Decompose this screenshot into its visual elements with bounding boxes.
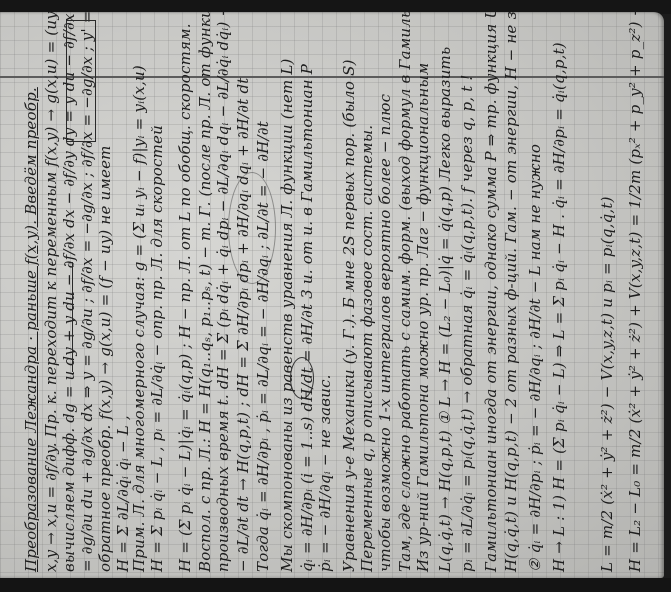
- notebook-page: Преобразование Лежандра · раньше f(x,y).…: [0, 12, 664, 578]
- line-18: Переменные q, p описывают фазовое сост. …: [360, 125, 375, 572]
- line-15: q̇ᵢ = ∂H/∂pᵢ (i = 1..s) dH/dt = ∂H/∂t 3 …: [300, 64, 315, 572]
- line-6: H = Σ ∂L/∂q̇ᵢ q̇ᵢ − L ,: [116, 415, 131, 572]
- line-21: Из ур-ний Гамильтона можно ур. пр. Лаг −…: [416, 63, 431, 572]
- line-25: H(q,q̇,t) и H(q,p,t) − 2 от разных ф-ций…: [504, 12, 519, 572]
- line-19: чтобы возможно 1-х интегралов вероятно б…: [378, 94, 393, 572]
- line-5: обратное преобр. f(x,y) → g(x,u) = (f − …: [98, 145, 113, 572]
- line-28: L = m/2 (ẋ² + ẏ² + ż²) − V(x,y,z,t) и pᵢ…: [600, 196, 615, 572]
- line-9: H = (Σ pᵢ q̇ᵢ − L)|q̇ᵢ = q̇ᵢ(q,p) ; H − …: [178, 23, 193, 572]
- line-14: Мы скомпонованы из равенств уравнения Л.…: [280, 58, 295, 572]
- photo-background-bottom: [0, 578, 671, 592]
- line-2: x,y → x,u = ∂f/∂y. Пр. к. переходит к пе…: [44, 12, 59, 572]
- boxed-inline-bracket: [72, 262, 74, 372]
- line-24: Гамильтониан иногда от энергии, однако с…: [484, 12, 499, 572]
- line-26: ② q̇ᵢ = ∂H/∂pᵢ ; ṗᵢ = − ∂H/∂qᵢ ; ∂H/∂t −…: [528, 144, 543, 572]
- line-23: pᵢ = ∂L/∂q̇ᵢ = pᵢ(q,q̇,t) → обратная q̇ᵢ…: [460, 74, 475, 572]
- pencil-circle-mark: [228, 172, 276, 284]
- boxed-formula: [66, 20, 96, 142]
- line-12: − ∂L/∂t dt → H(q,p,t) ; dH = Σ ∂H/∂pᵢ dp…: [236, 78, 251, 573]
- line-27: H → L : 1) H = (Σ pᵢ q̇ᵢ − L) ⇒ L = Σ pᵢ…: [552, 42, 567, 572]
- line-title: Преобразование Лежандра · раньше f(x,y).…: [24, 87, 39, 572]
- circled-index: [290, 357, 314, 399]
- line-7: Прим. Л. для многомерного случая: g = (Σ…: [132, 65, 147, 572]
- line-29: H = L₂ − L₀ = m/2 (ẋ² + ẏ² + ż²) + V(x,y…: [628, 12, 643, 572]
- line-20: Там, где сложно работать с самим. форм. …: [398, 12, 413, 572]
- handwritten-lines: Преобразование Лежандра · раньше f(x,y).…: [0, 12, 664, 578]
- line-22: L(q,q̇,t) → H(q,p,t) ① L → H = (L₂ − L₀)…: [438, 47, 453, 572]
- line-10: Воспол. с пр. Л.: H = H(q₁..qₛ, p₁..pₛ, …: [198, 12, 213, 572]
- line-16: ṗᵢ = − ∂H/∂qᵢ − не завис.: [318, 374, 333, 572]
- line-17: Уравнения у-е Механики (у. Г.). Б мне 2S…: [342, 59, 357, 572]
- line-11: производных время t. dH = Σ (pᵢ dq̇ᵢ + q…: [216, 12, 231, 572]
- line-8: H = Σ pᵢ q̇ᵢ − L , pᵢ = ∂L/∂q̇ᵢ − опр. п…: [150, 125, 165, 572]
